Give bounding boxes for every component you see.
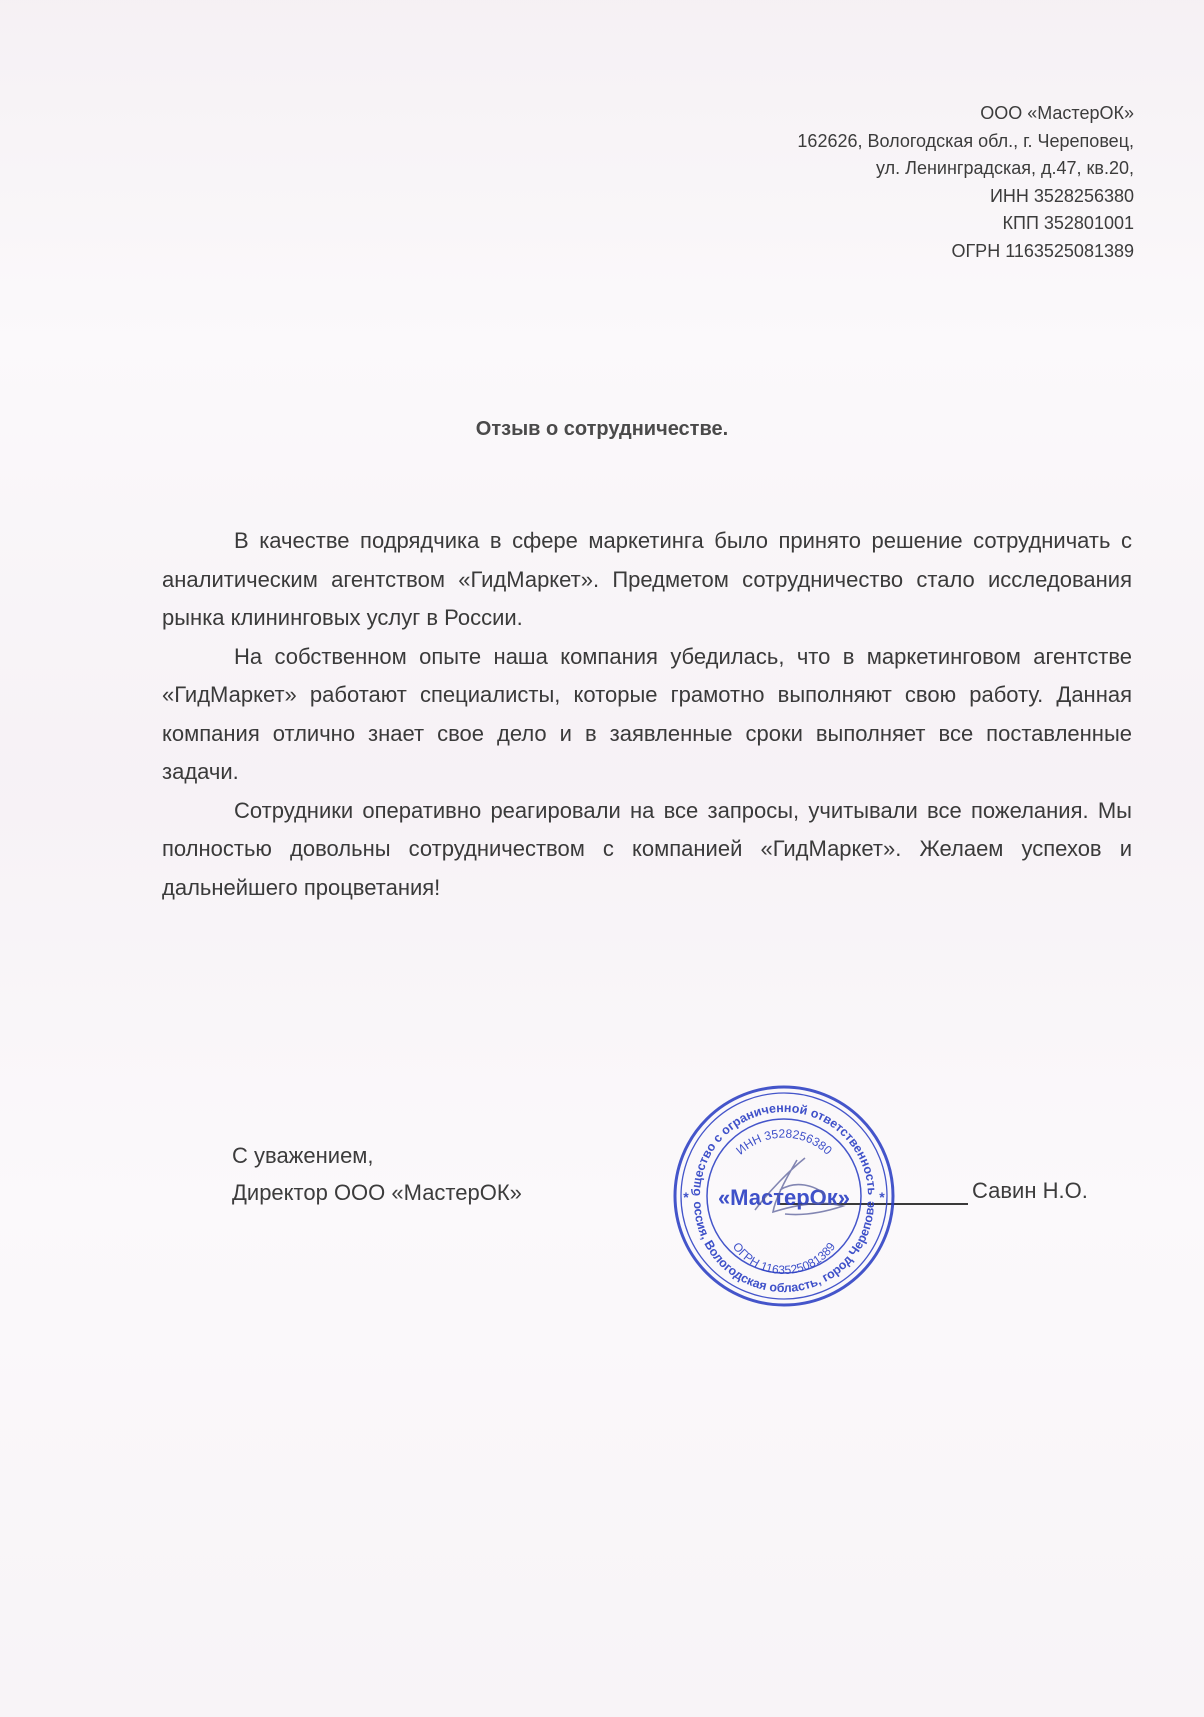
signer-position: Директор ООО «МастерОК» — [232, 1174, 522, 1211]
svg-text:*: * — [879, 1189, 885, 1205]
closing-block: С уважением, Директор ООО «МастерОК» — [232, 1137, 522, 1211]
address-line-1: 162626, Вологодская обл., г. Череповец, — [797, 128, 1134, 156]
document-title: Отзыв о сотрудничестве. — [0, 418, 1204, 441]
sender-requisites: ООО «МастерОК» 162626, Вологодская обл.,… — [797, 100, 1134, 265]
paragraph: На собственном опыте наша компания убеди… — [162, 638, 1132, 792]
svg-text:*: * — [683, 1189, 689, 1205]
paragraph: В качестве подрядчика в сфере маркетинга… — [162, 522, 1132, 638]
handwritten-signature-icon — [735, 1150, 855, 1230]
inn: ИНН 3528256380 — [797, 183, 1134, 211]
signer-name: Савин Н.О. — [972, 1178, 1088, 1204]
kpp: КПП 352801001 — [797, 210, 1134, 238]
company-name: ООО «МастерОК» — [797, 100, 1134, 128]
letter-body: В качестве подрядчика в сфере маркетинга… — [162, 522, 1132, 907]
paragraph: Сотрудники оперативно реагировали на все… — [162, 792, 1132, 908]
ogrn: ОГРН 1163525081389 — [797, 238, 1134, 266]
address-line-2: ул. Ленинградская, д.47, кв.20, — [797, 155, 1134, 183]
regards: С уважением, — [232, 1137, 522, 1174]
